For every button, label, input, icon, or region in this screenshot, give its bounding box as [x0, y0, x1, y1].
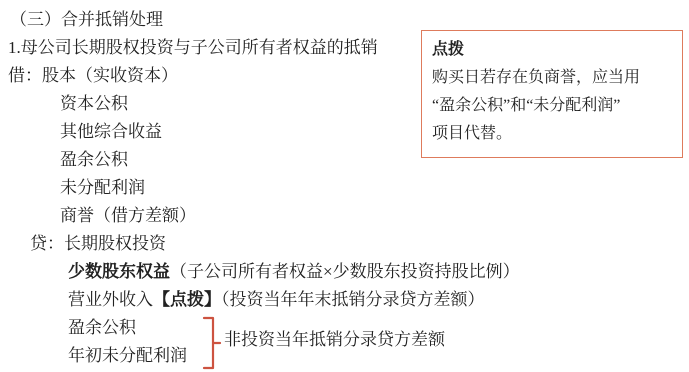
grouping-bracket-icon — [194, 316, 222, 370]
callout-line: 购买日若存在负商誉，应当用 — [432, 64, 672, 92]
nonop-income-account: 营业外收入 — [68, 290, 153, 309]
callout-title: 点拨 — [432, 36, 672, 64]
credit-lead-line: 贷：长期股权投资 — [0, 230, 689, 258]
debit-item-line: 未分配利润 — [0, 174, 689, 202]
callout-line: “盈余公积”和“未分配利润” — [432, 92, 672, 120]
callout-line: 项目代替。 — [432, 120, 672, 148]
credit-minority-line: 少数股东权益（子公司所有者权益×少数股东投资持股比例） — [0, 258, 689, 286]
nonop-tip-tag: 【点拨】 — [153, 290, 221, 309]
minority-interest-note: （子公司所有者权益×少数股东投资持股比例） — [170, 262, 520, 281]
minority-interest-account: 少数股东权益 — [68, 262, 170, 281]
nonop-income-note: （投资当年年末抵销分录贷方差额） — [221, 290, 485, 309]
debit-item-line: 商誉（借方差额） — [0, 202, 689, 230]
bracket-label: 非投资当年抵销分录贷方差额 — [224, 326, 445, 354]
credit-nonop-line: 营业外收入【点拨】（投资当年年末抵销分录贷方差额） — [0, 286, 689, 314]
slide-page: （三）合并抵销处理 1.母公司长期股权投资与子公司所有者权益的抵销 借：股本（实… — [0, 0, 689, 372]
callout-box: 点拨 购买日若存在负商誉，应当用 “盈余公积”和“未分配利润” 项目代替。 — [421, 30, 683, 158]
